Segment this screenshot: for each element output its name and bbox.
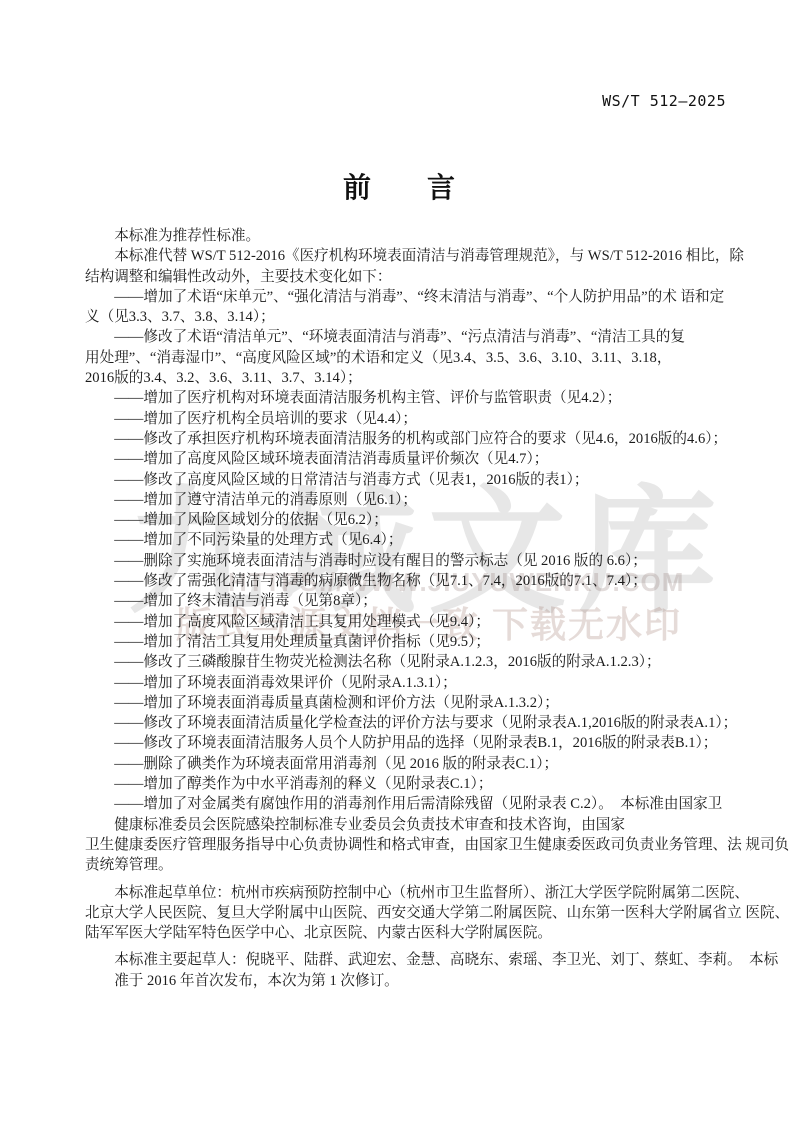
standard-number-header: WS/T 512—2025 bbox=[0, 92, 726, 110]
text-line: 义（见3.3、3.7、3.8、3.14）； bbox=[85, 307, 717, 327]
text-line: ——删除了实施环境表面清洁与消毒时应设有醒目的警示标志（见 2016 版的 6.… bbox=[85, 551, 717, 571]
text-line: ——增加了清洁工具复用处理质量真菌评价指标（见9.5）； bbox=[85, 632, 717, 652]
text-line: ——增加了环境表面消毒效果评价（见附录A.1.3.1）； bbox=[85, 673, 717, 693]
text-line: ——修改了高度风险区域的日常清洁与消毒方式（见表1，2016版的表1）； bbox=[85, 470, 717, 490]
text-line: ——增加了医疗机构对环境表面清洁服务机构主管、评价与监管职责（见4.2）； bbox=[85, 388, 717, 408]
text-line: ——增加了遵守清洁单元的消毒原则（见6.1）； bbox=[85, 490, 717, 510]
text-line: 卫生健康委医疗管理服务指导中心负责协调性和格式审查，由国家卫生健康委医政司负责业… bbox=[85, 835, 717, 855]
text-line: 结构调整和编辑性改动外，主要技术变化如下： bbox=[85, 267, 717, 287]
text-line: ——修改了需强化清洁与消毒的病原微生物名称（见7.1、7.4，2016版的7.1… bbox=[85, 571, 717, 591]
text-line: 用处理”、“消毒湿巾”、“高度风险区域”的术语和定义（见3.4、3.5、3.6、… bbox=[85, 348, 717, 368]
text-line: ——修改了三磷酸腺苷生物荧光检测法名称（见附录A.1.2.3，2016版的附录A… bbox=[85, 652, 717, 672]
text-line: 本标准为推荐性标准。 bbox=[85, 226, 717, 246]
text-line: 陆军军医大学陆军特色医学中心、北京医院、内蒙古医科大学附属医院。 bbox=[85, 923, 717, 943]
text-line: 本标准主要起草人：倪晓平、陆群、武迎宏、金慧、高晓东、索瑶、李卫光、刘丁、蔡虹、… bbox=[85, 950, 717, 970]
text-line: ——增加了不同污染量的处理方式（见6.4）； bbox=[85, 530, 717, 550]
text-line: ——修改了术语“清洁单元”、“环境表面清洁与消毒”、“污点清洁与消毒”、“清洁工… bbox=[85, 327, 717, 347]
document-page: 九域文库 HTTPS://WWW.JIUYUWENKU.COM 版式与源文档一致… bbox=[0, 0, 793, 1122]
text-line: ——增加了终末清洁与消毒（见第8章）； bbox=[85, 591, 717, 611]
text-line: ——增加了高度风险区域清洁工具复用处理模式（见9.4）； bbox=[85, 612, 717, 632]
text-line: ——增加了对金属类有腐蚀作用的消毒剂作用后需清除残留（见附录表 C.2）。 本标… bbox=[85, 794, 717, 814]
text-line: ——增加了醇类作为中水平消毒剂的释义（见附录表C.1）； bbox=[85, 774, 717, 794]
text-line: 责统筹管理。 bbox=[85, 855, 717, 875]
text-line: 本标准代替 WS/T 512-2016《医疗机构环境表面清洁与消毒管理规范》，与… bbox=[85, 246, 717, 266]
document-lines: 本标准为推荐性标准。本标准代替 WS/T 512-2016《医疗机构环境表面清洁… bbox=[85, 226, 717, 991]
text-line: ——增加了环境表面消毒质量真菌检测和评价方法（见附录A.1.3.2）； bbox=[85, 693, 717, 713]
text-line: ——修改了环境表面清洁服务人员个人防护用品的选择（见附录表B.1，2016版的附… bbox=[85, 733, 717, 753]
text-line: ——删除了碘类作为环境表面常用消毒剂（见 2016 版的附录表C.1）； bbox=[85, 754, 717, 774]
text-line: ——修改了环境表面清洁质量化学检查法的评价方法与要求（见附录表A.1,2016版… bbox=[85, 713, 717, 733]
text-line: 健康标准委员会医院感染控制标准专业委员会负责技术审查和技术咨询，由国家 bbox=[85, 815, 717, 835]
text-line: ——增加了风险区域划分的依据（见6.2）； bbox=[85, 510, 717, 530]
text-line: ——增加了高度风险区域环境表面清洁消毒质量评价频次（见4.7）； bbox=[85, 449, 717, 469]
text-line: 北京大学人民医院、复旦大学附属中山医院、西安交通大学第二附属医院、山东第一医科大… bbox=[85, 903, 717, 923]
text-line: 本标准起草单位：杭州市疾病预防控制中心（杭州市卫生监督所）、浙江大学医学院附属第… bbox=[85, 883, 717, 903]
text-line: ——修改了承担医疗机构环境表面清洁服务的机构或部门应符合的要求（见4.6，201… bbox=[85, 429, 717, 449]
page-title: 前 言 bbox=[85, 166, 713, 206]
text-line: 准于 2016 年首次发布，本次为第 1 次修订。 bbox=[85, 971, 717, 991]
text-line: 2016版的3.4、3.2、3.6、3.11、3.7、3.14）； bbox=[85, 368, 717, 388]
text-line: ——增加了术语“床单元”、“强化清洁与消毒”、“终末清洁与消毒”、“个人防护用品… bbox=[85, 287, 717, 307]
text-line: ——增加了医疗机构全员培训的要求（见4.4）； bbox=[85, 409, 717, 429]
